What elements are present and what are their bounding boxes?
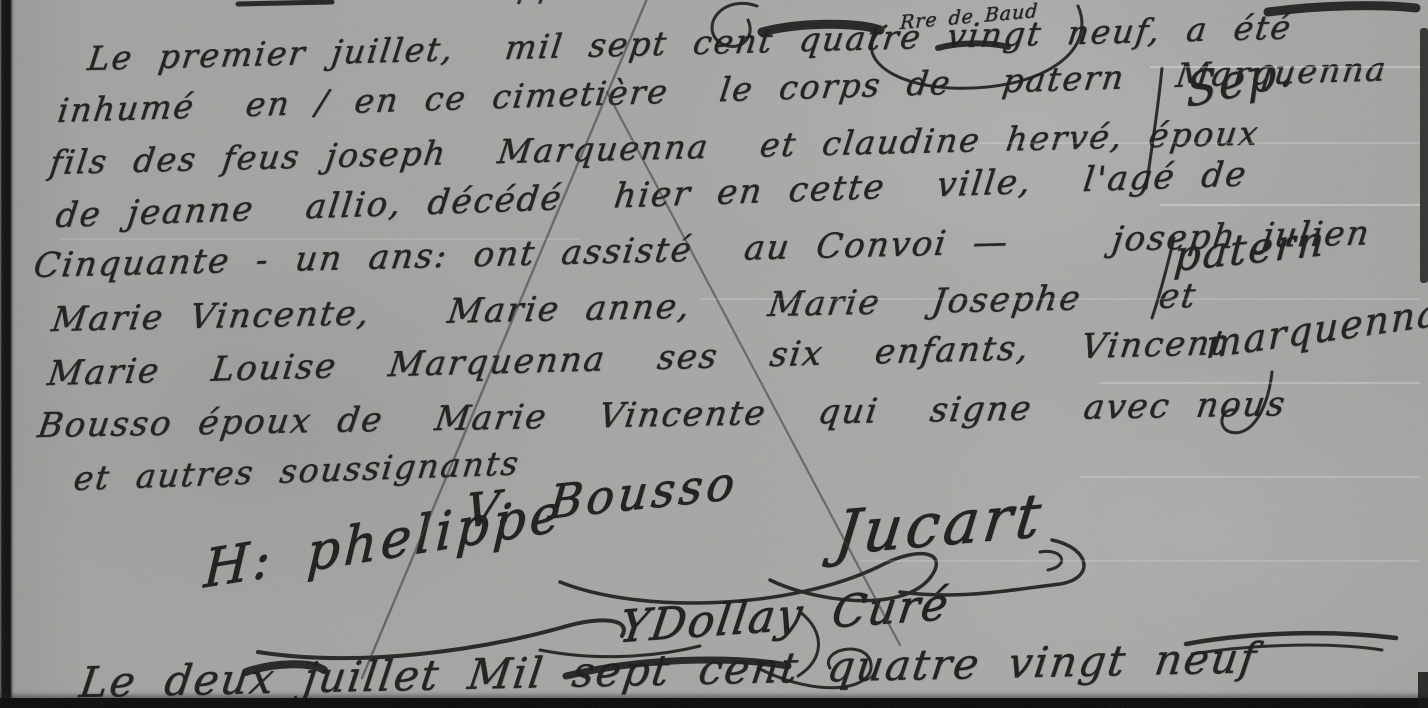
signature-phelippe: H: phelippe [203,486,566,596]
signature-jucart: Jucart [832,485,1048,564]
margin-note-first-name: patern [1173,220,1328,279]
scan-right-edge [1420,28,1428,283]
record-text-line: et autres soussignants [72,446,522,495]
scan-right-edge [1418,672,1428,708]
document-scan: apposé Rre de Baud Le premier juillet, m… [0,0,1428,708]
next-record-fragment: Le deux juillet Mil sept cent quatre vin… [77,637,1260,704]
record-text-line: Bousso époux de Marie Vincente qui signe… [36,387,1289,443]
previous-record-fragment: apposé [496,0,620,4]
page-binding-edge [0,0,15,708]
ink-layer: apposé Rre de Baud Le premier juillet, m… [0,0,1428,708]
margin-note-last-name: marquenna [1205,293,1428,365]
scan-bottom-edge [0,698,1428,708]
